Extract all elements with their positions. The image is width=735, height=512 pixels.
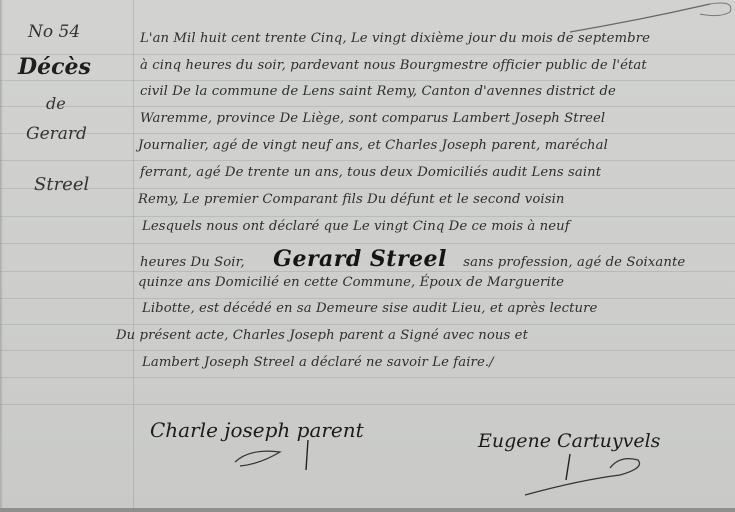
body-line: Lesquels nous ont déclaré que Le vingt C… [142,219,570,234]
ruled-line [0,216,735,217]
page-left-edge [0,0,3,512]
margin-rule-line [133,0,134,512]
body-line: Du présent acte, Charles Joseph parent a… [116,328,528,343]
officer-signature: Eugene Cartuyvels [478,430,660,452]
body-line: ferrant, agé De trente un ans, tous deux… [140,165,601,180]
ruled-line [0,188,735,189]
ruled-line [0,350,735,351]
document-page: No 54 Décès de Gerard Streel L'an Mil hu… [0,0,735,512]
ruled-line [0,133,735,134]
deceased-first-name: Gerard [26,124,87,144]
page-bottom-edge [0,508,735,512]
deceased-last-name: Streel [34,174,89,195]
ruled-line [0,80,735,81]
body-line: à cinq heures du soir, pardevant nous Bo… [140,58,647,73]
ruled-line [0,243,735,244]
body-line: L'an Mil huit cent trente Cinq, Le vingt… [140,31,650,46]
body-line: Waremme, province De Liège, sont comparu… [140,111,605,126]
ruled-line [0,298,735,299]
witness-signature: Charle joseph parent [150,418,364,442]
body-line: Libotte, est décédé en sa Demeure sise a… [142,301,597,316]
record-number: No 54 [28,22,80,42]
body-line-start: heures Du Soir, [140,255,245,270]
body-line: Journalier, agé de vingt neuf ans, et Ch… [138,138,608,153]
body-line-end: sans profession, agé de Soixante [463,255,685,270]
body-line: civil De la commune de Lens saint Remy, … [140,84,616,99]
deceased-name-emphasis: Gerard Streel [273,246,447,272]
body-line: Remy, Le premier Comparant fils Du défun… [138,192,565,207]
ruled-line [0,106,735,107]
ruled-line [0,377,735,378]
record-connector: de [46,94,66,113]
body-line: Lambert Joseph Streel a déclaré ne savoi… [142,355,494,370]
record-title: Décès [18,54,91,80]
ruled-line [0,404,735,405]
ruled-line [0,324,735,325]
ruled-line [0,54,735,55]
ruled-line [0,160,735,161]
body-line: heures Du Soir, Gerard Streel sans profe… [140,246,685,272]
body-line: quinze ans Domicilié en cette Commune, É… [138,275,564,290]
